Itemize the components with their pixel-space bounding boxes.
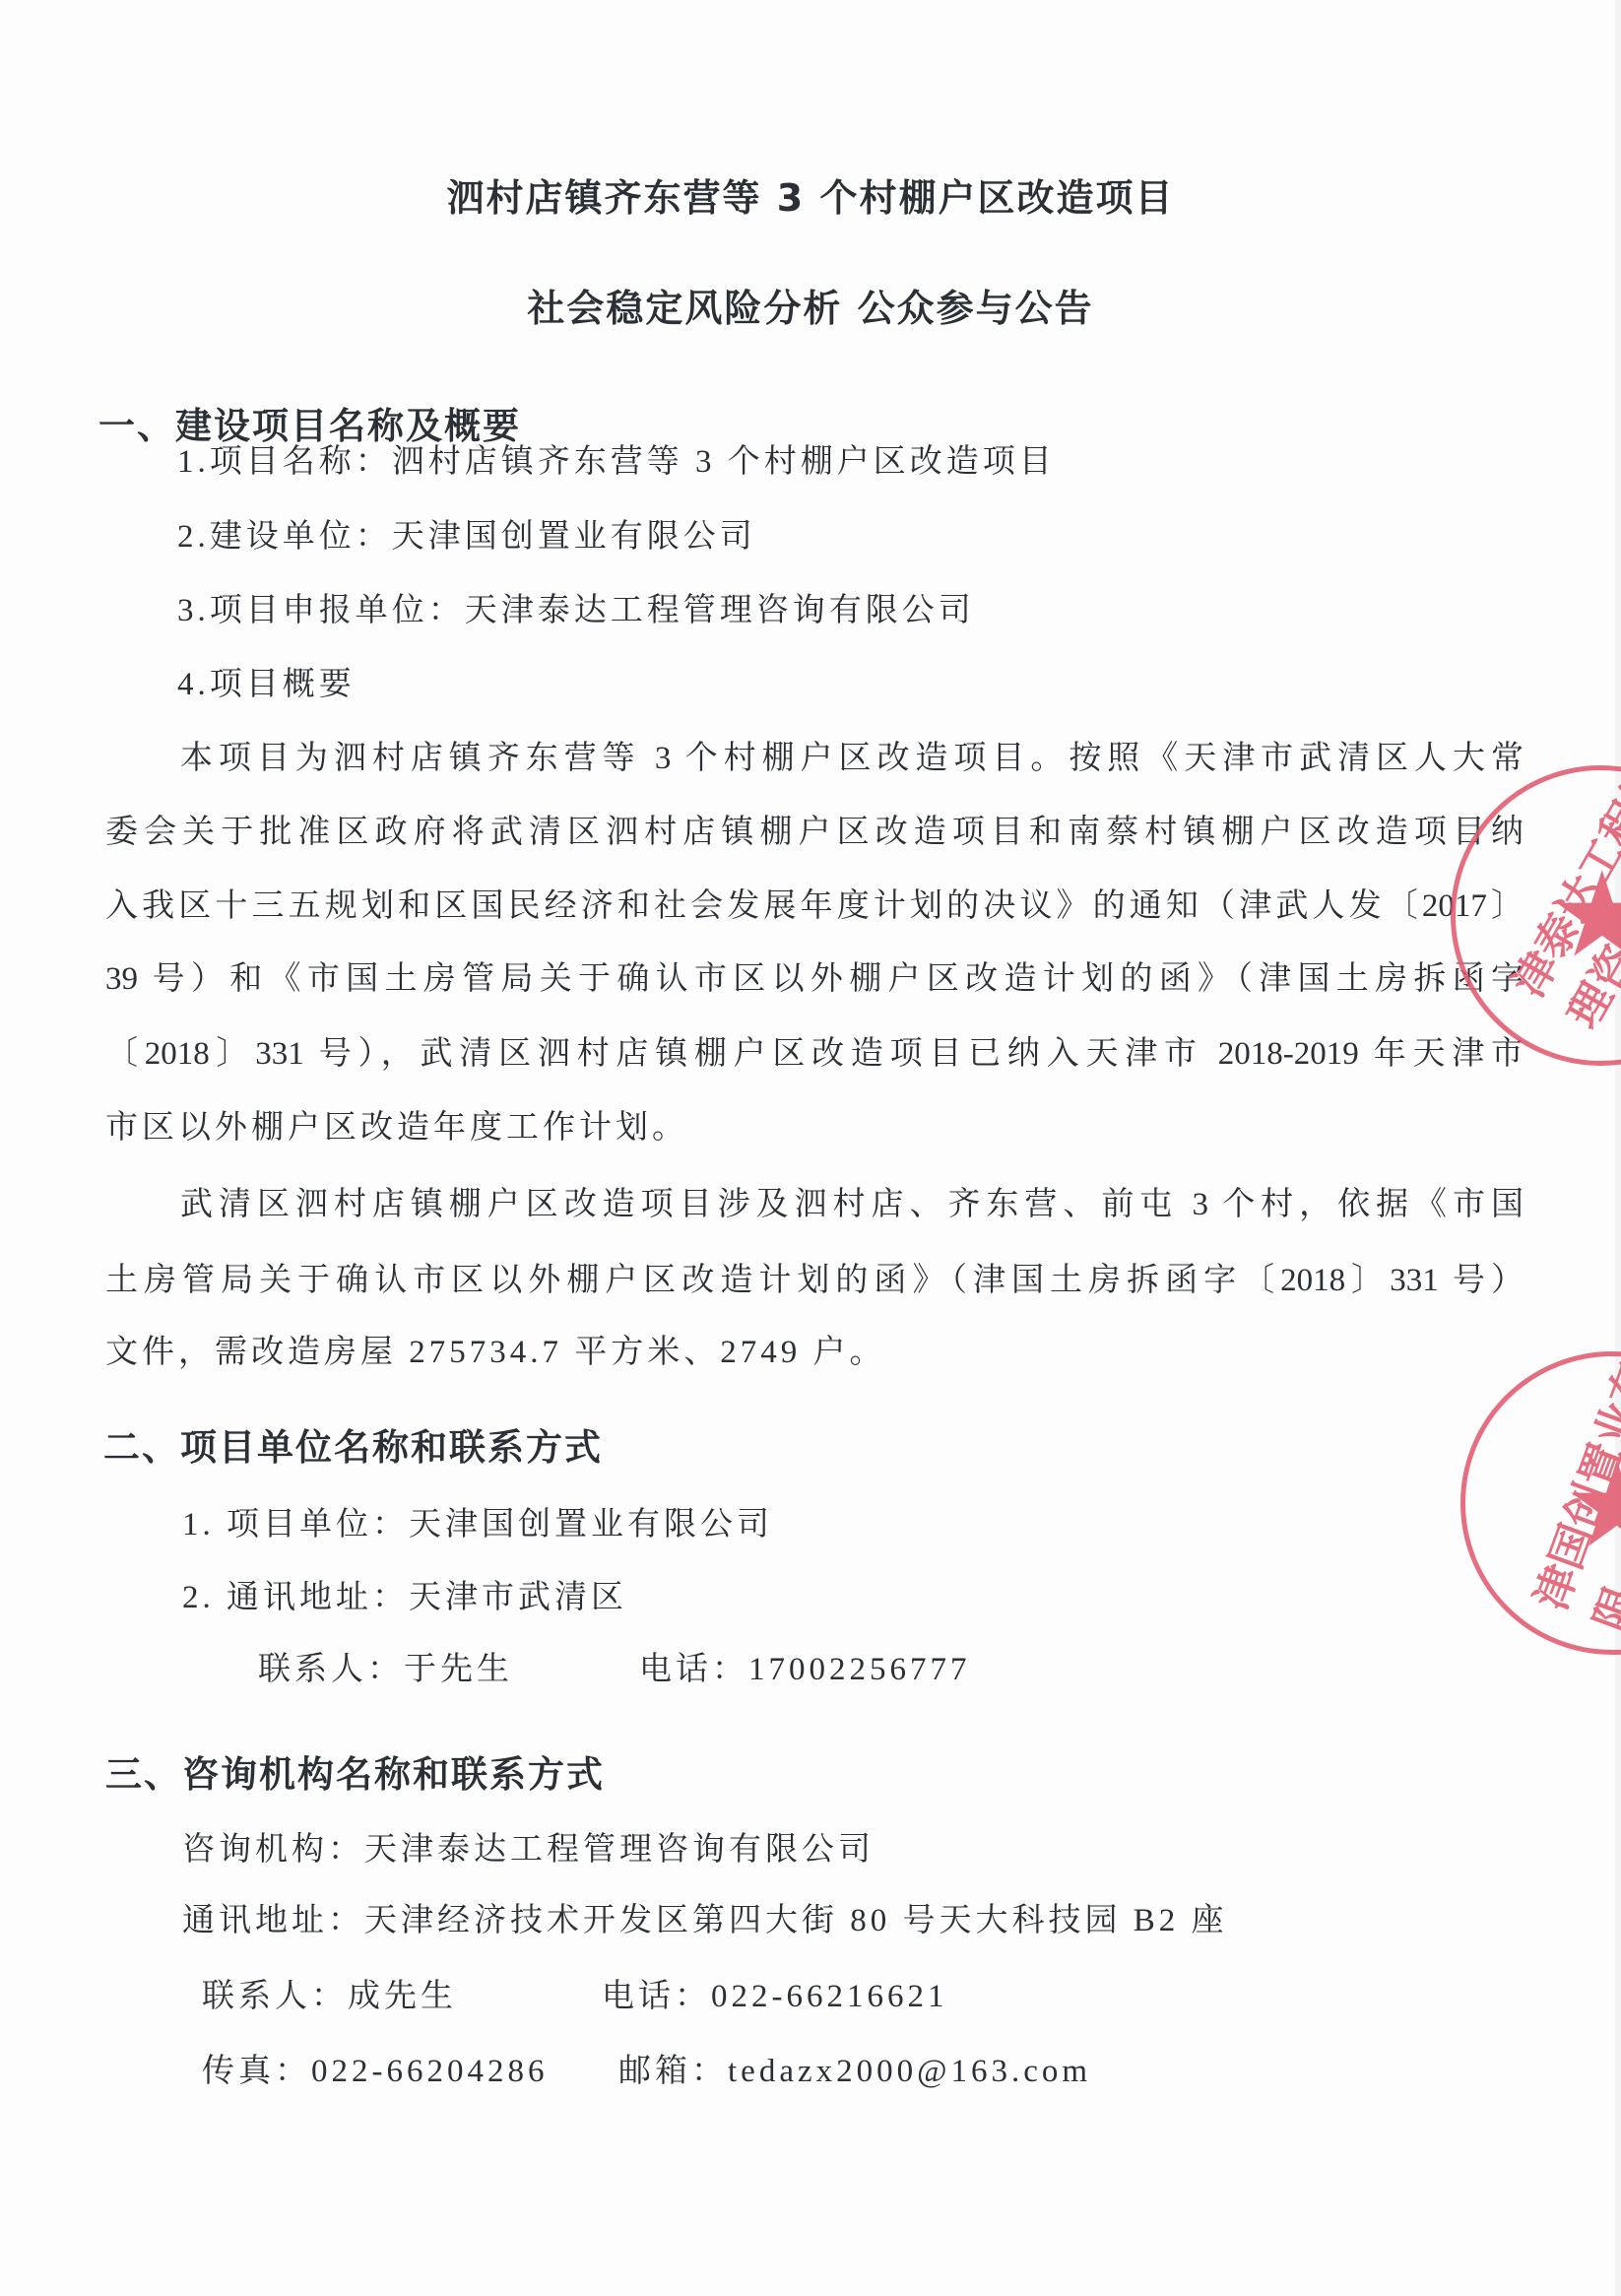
paragraph-1-line-6: 市区以外棚户区改造年度工作计划。 xyxy=(105,1108,688,1148)
consultant-phone: 电话：022-66216621 xyxy=(602,1977,948,2016)
consultant-contact-person: 联系人：成先生 xyxy=(202,1977,457,2016)
section-3-heading: 三、咨询机构名称和联系方式 xyxy=(105,1752,605,1798)
document-title-line2: 社会稳定风险分析 公众参与公告 xyxy=(0,286,1621,331)
project-unit-address: 2. 通讯地址：天津市武清区 xyxy=(182,1578,627,1617)
paragraph-2-line-1: 武清区泗村店镇棚户区改造项目涉及泗村店、齐东营、前屯 3 个村，依据《市国 xyxy=(180,1185,1524,1224)
item-applicant-unit: 3.项目申报单位：天津泰达工程管理咨询有限公司 xyxy=(177,591,975,630)
paragraph-2-line-2: 土房管局关于确认市区以外棚户区改造计划的函》（津国土房拆函字〔2018〕331 … xyxy=(105,1261,1524,1300)
seal-text: 津泰达工程管理咨询有 xyxy=(1494,747,1621,1037)
consultant-fax: 传真：022-66204286 xyxy=(202,2052,549,2091)
paragraph-1-line-2: 委会关于批准区政府将武清区泗村店镇棚户区改造项目和南蔡村镇棚户区改造项目纳 xyxy=(105,813,1524,852)
consultant-address: 通讯地址：天津经济技术开发区第四大街 80 号天大科技园 B2 座 xyxy=(182,1901,1228,1940)
seal-text: 津国创置业有限 xyxy=(1516,1338,1621,1638)
consultant-name: 咨询机构：天津泰达工程管理咨询有限公司 xyxy=(182,1830,875,1870)
paragraph-1-line-3: 入我区十三五规划和区国民经济和社会发展年度计划的决议》的通知（津武人发〔2017… xyxy=(105,886,1524,926)
page-edge xyxy=(1615,0,1621,2296)
item-construction-unit: 2.建设单位：天津国创置业有限公司 xyxy=(177,517,756,557)
section-2-heading: 二、项目单位名称和联系方式 xyxy=(103,1425,603,1471)
item-project-name: 1.项目名称：泗村店镇齐东营等 3 个村棚户区改造项目 xyxy=(177,442,1056,482)
project-unit: 1. 项目单位：天津国创置业有限公司 xyxy=(182,1505,773,1544)
company-seal-consulting: ★ 津泰达工程管理咨询有 xyxy=(1451,765,1621,1066)
paragraph-1-line-4: 39 号）和《市国土房管局关于确认市区以外棚户区改造计划的函》（津国土房拆函字 xyxy=(105,959,1524,999)
paragraph-1-line-1: 本项目为泗村店镇齐东营等 3 个村棚户区改造项目。按照《天津市武清区人大常 xyxy=(180,739,1524,778)
project-unit-phone: 电话：17002256777 xyxy=(639,1650,971,1689)
item-project-overview: 4.项目概要 xyxy=(177,665,356,704)
document-title-line1: 泗村店镇齐东营等 3 个村棚户区改造项目 xyxy=(0,175,1621,221)
company-seal-developer: ★ 津国创置业有限 xyxy=(1460,1351,1621,1655)
consultant-email: 邮箱：tedazx2000@163.com xyxy=(618,2052,1091,2091)
paragraph-2-line-3: 文件，需改造房屋 275734.7 平方米、2749 户。 xyxy=(105,1333,886,1372)
project-unit-contact-person: 联系人：于先生 xyxy=(258,1650,513,1689)
paragraph-1-line-5: 〔2018〕331 号），武清区泗村店镇棚户区改造项目已纳入天津市 2018-2… xyxy=(105,1034,1524,1074)
